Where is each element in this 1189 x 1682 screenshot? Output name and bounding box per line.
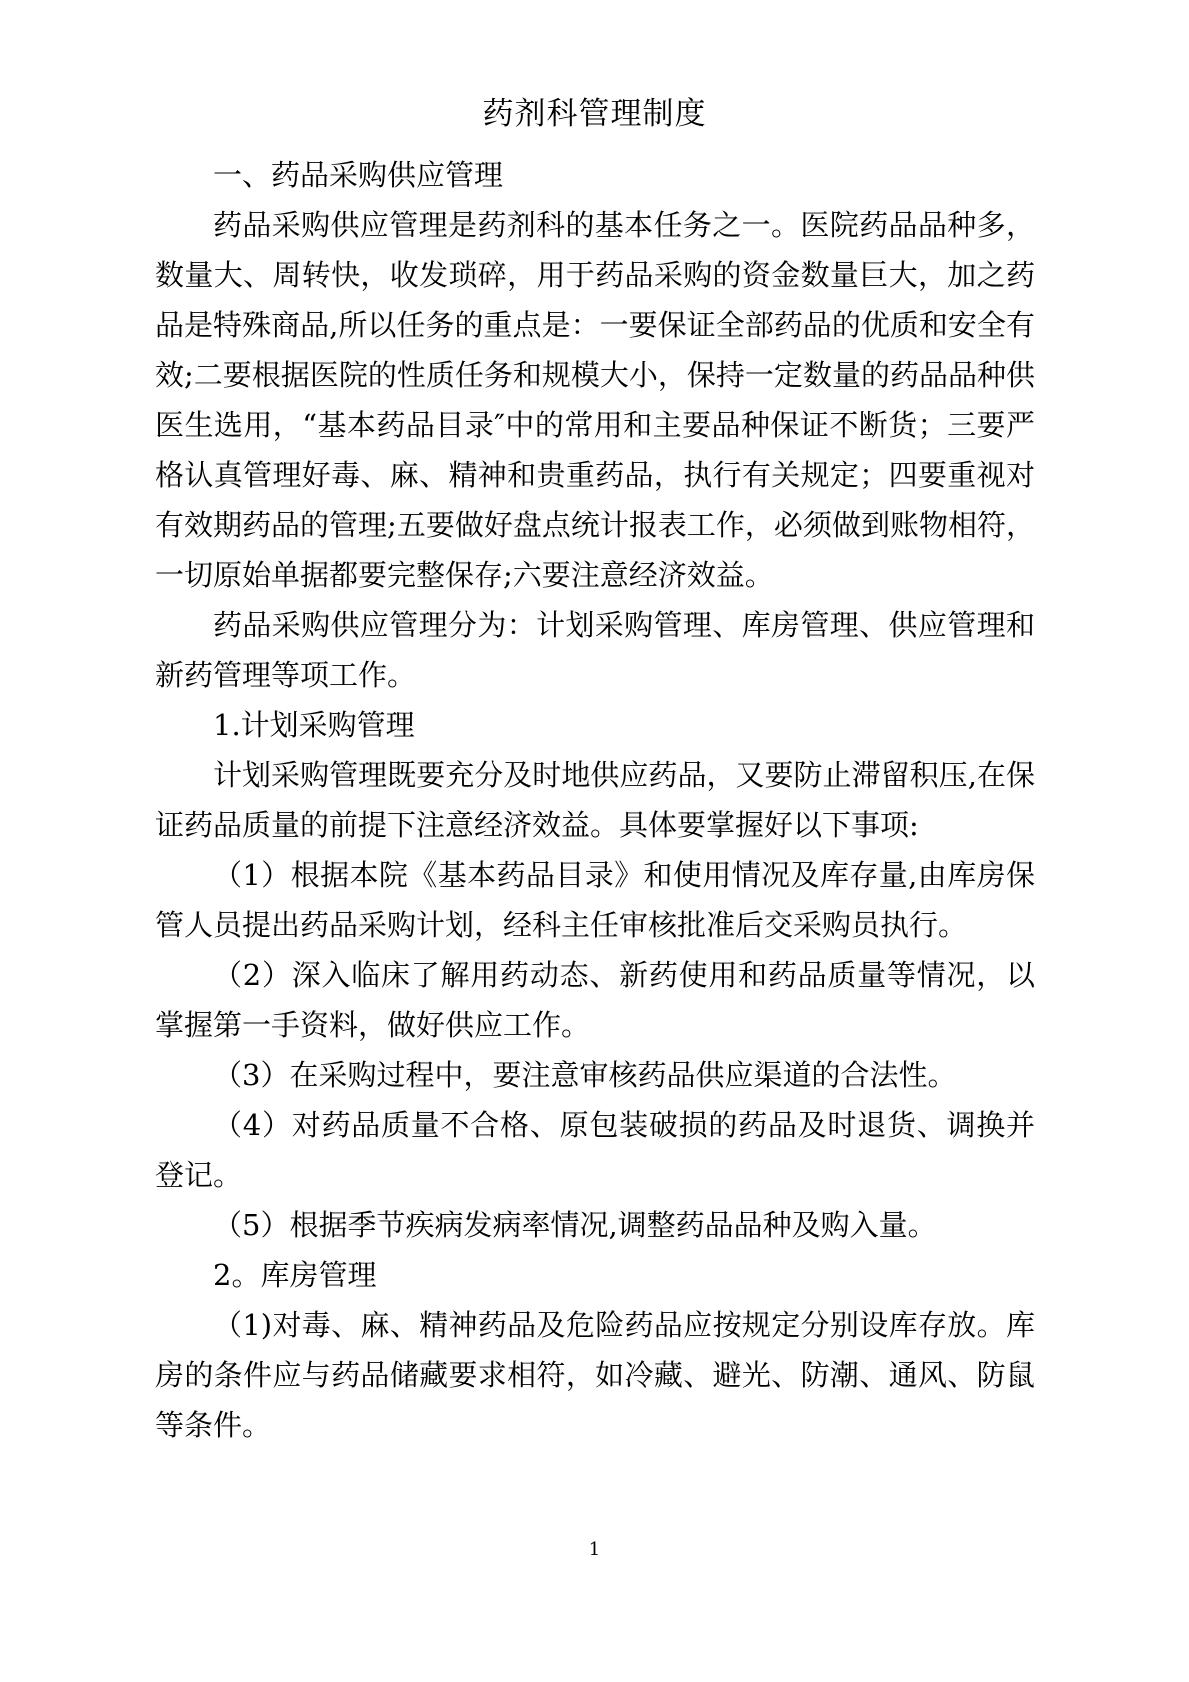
list-item-3: （3）在采购过程中，要注意审核药品供应渠道的合法性。 (155, 1050, 1035, 1100)
document-title-text: 药剂科管理制度 (483, 96, 707, 132)
list-item-4: （4）对药品质量不合格、原包装破损的药品及时退货、调换并登记。 (155, 1100, 1035, 1200)
document-title: 药剂科管理制度 (0, 92, 1189, 136)
list-item-1: （1）根据本院《基本药品目录》和使用情况及库存量,由库房保管人员提出药品采购计划… (155, 850, 1035, 950)
document-page: 药剂科管理制度 一、药品采购供应管理 药品采购供应管理是药剂科的基本任务之一。医… (0, 0, 1189, 1682)
paragraph-management-divisions: 药品采购供应管理分为：计划采购管理、库房管理、供应管理和新药管理等项工作。 (155, 600, 1035, 700)
section-heading-warehouse: 2。库房管理 (155, 1250, 1035, 1300)
list-item-2: （2）深入临床了解用药动态、新药使用和药品质量等情况，以掌握第一手资料，做好供应… (155, 950, 1035, 1050)
list-item-warehouse-1: （1)对毒、麻、精神药品及危险药品应按规定分别设库存放。库房的条件应与药品储藏要… (155, 1300, 1035, 1450)
section-heading-purchase-supply: 一、药品采购供应管理 (155, 150, 1035, 200)
section-heading-planned-purchasing: 1.计划采购管理 (155, 700, 1035, 750)
document-body: 一、药品采购供应管理 药品采购供应管理是药剂科的基本任务之一。医院药品品种多，数… (155, 150, 1035, 1450)
page-number: 1 (0, 1538, 1189, 1562)
paragraph-purchase-supply-overview: 药品采购供应管理是药剂科的基本任务之一。医院药品品种多，数量大、周转快，收发琐碎… (155, 200, 1035, 600)
list-item-5: （5）根据季节疾病发病率情况,调整药品品种及购入量。 (155, 1200, 1035, 1250)
paragraph-planned-purchasing-intro: 计划采购管理既要充分及时地供应药品，又要防止滞留积压,在保证药品质量的前提下注意… (155, 750, 1035, 850)
